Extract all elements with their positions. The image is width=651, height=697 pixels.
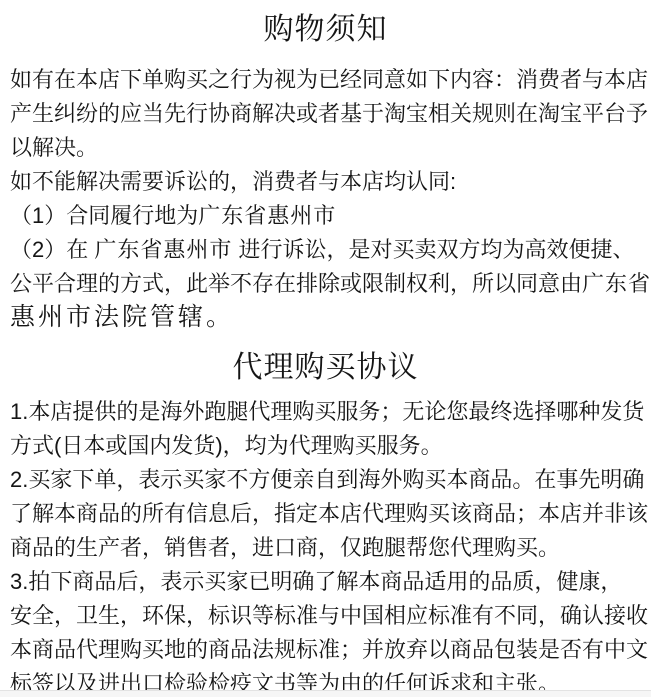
- paragraph: （2）在 广东省惠州市 进行诉讼，是对买卖双方均为高效便捷、公平合理的方式，此举…: [10, 233, 641, 335]
- text-line: 以解决。: [10, 131, 641, 165]
- text-line: 1.本店提供的是海外跑腿代理购买服务；无论您最终选择哪种发货: [10, 395, 641, 429]
- paragraph: 3.拍下商品后，表示买家已明确了解本商品适用的品质，健康，安全，卫生，环保，标识…: [10, 565, 641, 697]
- body-text: 以解决。: [10, 135, 98, 160]
- text-line: 方式(日本或国内发货)，均为代理购买服务。: [10, 429, 641, 463]
- text-line: 惠州市法院管辖。: [10, 301, 641, 335]
- section-agency-agreement: 代理购买协议1.本店提供的是海外跑腿代理购买服务；无论您最终选择哪种发货方式(日…: [10, 350, 641, 697]
- text-line: 安全，卫生，环保，标识等标准与中国相应标准有不同，确认接收: [10, 599, 641, 633]
- paragraph: 1.本店提供的是海外跑腿代理购买服务；无论您最终选择哪种发货方式(日本或国内发货…: [10, 395, 641, 463]
- paragraph: 2.买家下单，表示买家不方便亲自到海外购买本商品。在事先明确了解本商品的所有信息…: [10, 463, 641, 565]
- paragraph: 如不能解决需要诉讼的，消费者与本店均认同:: [10, 165, 641, 199]
- text-line: 2.买家下单，表示买家不方便亲自到海外购买本商品。在事先明确: [10, 463, 641, 497]
- body-text: 本商品代理购买地的商品法规标准；并放弃以商品包装是否有中文: [10, 637, 648, 662]
- section-title: 购物须知: [10, 12, 641, 48]
- body-text: 1.本店提供的是海外跑腿代理购买服务；无论您最终选择哪种发货: [10, 399, 644, 424]
- text-line: 3.拍下商品后，表示买家已明确了解本商品适用的品质，健康，: [10, 565, 641, 599]
- footer-divider-bar: [0, 690, 651, 697]
- section-shopping-notice: 购物须知如有在本店下单购买之行为视为已经同意如下内容：消费者与本店产生纠纷的应当…: [10, 12, 641, 335]
- city-name-serif-text: 广东省惠州市: [94, 237, 232, 262]
- notice-document-page: 购物须知如有在本店下单购买之行为视为已经同意如下内容：消费者与本店产生纠纷的应当…: [0, 0, 651, 697]
- paragraph: （1）合同履行地为广东省惠州市: [10, 199, 641, 233]
- text-line: 本商品代理购买地的商品法规标准；并放弃以商品包装是否有中文: [10, 633, 641, 667]
- body-text: 公平合理的方式，此举不存在排除或限制权利，所以同意由: [10, 271, 582, 296]
- text-line: 商品的生产者，销售者，进口商，仅跑腿帮您代理购买。: [10, 531, 641, 565]
- text-line: （1）合同履行地为广东省惠州市: [10, 199, 641, 233]
- text-line: （2）在 广东省惠州市 进行诉讼，是对买卖双方均为高效便捷、: [10, 233, 641, 267]
- body-text: 产生纠纷的应当先行协商解决或者基于淘宝相关规则在淘宝平台予: [10, 101, 648, 126]
- body-text: （2）在: [10, 237, 94, 262]
- body-text: 如有在本店下单购买之行为视为已经同意如下内容：消费者与本店: [10, 67, 648, 92]
- body-text: 如不能解决需要诉讼的，消费者与本店均认同:: [10, 169, 456, 194]
- section-title: 代理购买协议: [10, 350, 641, 386]
- body-text: 2.买家下单，表示买家不方便亲自到海外购买本商品。在事先明确: [10, 467, 644, 492]
- body-text: 进行诉讼，是对买卖双方均为高效便捷、: [232, 237, 634, 262]
- body-text: （1）合同履行地为: [10, 203, 198, 228]
- body-text: 3.拍下商品后，表示买家已明确了解本商品适用的品质，健康，: [10, 569, 622, 594]
- text-line: 了解本商品的所有信息后，指定本店代理购买该商品；本店并非该: [10, 497, 641, 531]
- body-text: 商品的生产者，销售者，进口商，仅跑腿帮您代理购买。: [10, 535, 560, 560]
- body-text: 了解本商品的所有信息后，指定本店代理购买该商品；本店并非该: [10, 501, 648, 526]
- body-text: 安全，卫生，环保，标识等标准与中国相应标准有不同，确认接收: [10, 603, 648, 628]
- city-name-serif-text: 惠州市法院管辖。: [10, 304, 234, 331]
- city-name-serif-text: 广东省: [582, 271, 651, 296]
- city-name-serif-text: 广东省惠州市: [198, 203, 336, 228]
- paragraph: 如有在本店下单购买之行为视为已经同意如下内容：消费者与本店产生纠纷的应当先行协商…: [10, 63, 641, 165]
- text-line: 如不能解决需要诉讼的，消费者与本店均认同:: [10, 165, 641, 199]
- text-line: 产生纠纷的应当先行协商解决或者基于淘宝相关规则在淘宝平台予: [10, 97, 641, 131]
- text-line: 如有在本店下单购买之行为视为已经同意如下内容：消费者与本店: [10, 63, 641, 97]
- text-line: 公平合理的方式，此举不存在排除或限制权利，所以同意由广东省: [10, 267, 641, 301]
- body-text: 方式(日本或国内发货)，均为代理购买服务。: [10, 433, 443, 458]
- sections-container: 购物须知如有在本店下单购买之行为视为已经同意如下内容：消费者与本店产生纠纷的应当…: [10, 12, 641, 697]
